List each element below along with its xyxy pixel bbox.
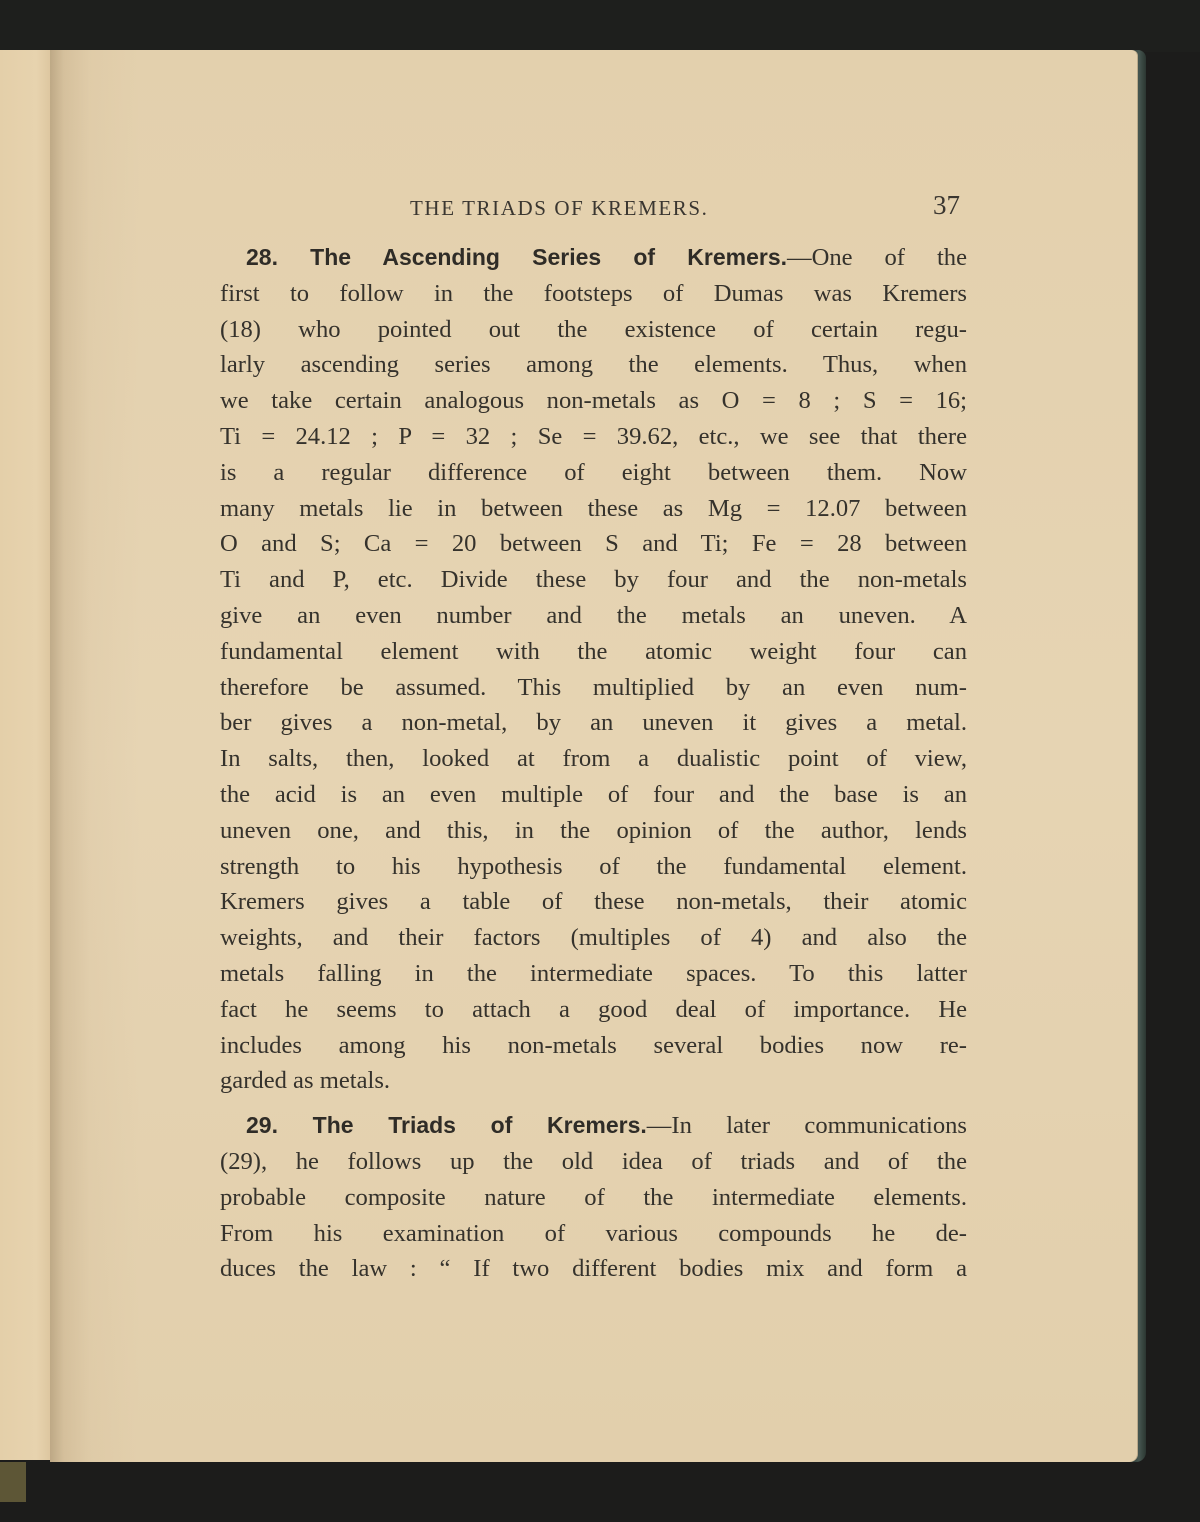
text-line: includes among his non-metals several bo… xyxy=(220,1028,967,1064)
text-line: metals falling in the intermediate space… xyxy=(220,956,967,992)
text-line: weights, and their factors (multiples of… xyxy=(220,920,967,956)
text-line: (18) who pointed out the existence of ce… xyxy=(220,312,967,348)
text-line: give an even number and the metals an un… xyxy=(220,598,967,634)
text-line: probable composite nature of the interme… xyxy=(220,1180,967,1216)
text-line: Ti and P, etc. Divide these by four and … xyxy=(220,562,967,598)
text-line: (29), he follows up the old idea of tria… xyxy=(220,1144,967,1180)
text-line: 28. The Ascending Series of Kremers.—One… xyxy=(220,240,967,276)
text-line: From his examination of various compound… xyxy=(220,1216,967,1252)
text-line: strength to his hypothesis of the fundam… xyxy=(220,849,967,885)
text-line: fact he seems to attach a good deal of i… xyxy=(220,992,967,1028)
text-line: duces the law : “ If two different bodie… xyxy=(220,1251,967,1287)
text-line: the acid is an even multiple of four and… xyxy=(220,777,967,813)
text-line: uneven one, and this, in the opinion of … xyxy=(220,813,967,849)
text-line: Kremers gives a table of these non-metal… xyxy=(220,884,967,920)
text-line: O and S; Ca = 20 between S and Ti; Fe = … xyxy=(220,526,967,562)
text-run: —One of the xyxy=(787,244,967,271)
text-line: is a regular difference of eight between… xyxy=(220,455,967,491)
scan-background xyxy=(0,0,1200,52)
section-29: 29. The Triads of Kremers.—In later comm… xyxy=(220,1108,967,1287)
text-run: —In later communications xyxy=(647,1112,967,1139)
text-line: fundamental element with the atomic weig… xyxy=(220,634,967,670)
section-heading: 29. The Triads of Kremers. xyxy=(246,1112,647,1138)
section-heading: 28. The Ascending Series of Kremers. xyxy=(246,244,787,270)
text-line: 29. The Triads of Kremers.—In later comm… xyxy=(220,1108,967,1144)
facing-page-edge xyxy=(0,50,52,1460)
running-title: THE TRIADS OF KREMERS. xyxy=(410,196,709,221)
text-line: we take certain analogous non-metals as … xyxy=(220,383,967,419)
running-head: THE TRIADS OF KREMERS. 37 xyxy=(410,190,960,224)
text-line: garded as metals. xyxy=(220,1063,967,1099)
section-28: 28. The Ascending Series of Kremers.—One… xyxy=(220,240,967,1099)
text-line: many metals lie in between these as Mg =… xyxy=(220,491,967,527)
text-line: first to follow in the footsteps of Duma… xyxy=(220,276,967,312)
text-line: Ti = 24.12 ; P = 32 ; Se = 39.62, etc., … xyxy=(220,419,967,455)
page-number: 37 xyxy=(933,190,960,221)
text-line: larly ascending series among the element… xyxy=(220,347,967,383)
page-body: 28. The Ascending Series of Kremers.—One… xyxy=(220,240,967,1287)
text-line: In salts, then, looked at from a dualist… xyxy=(220,741,967,777)
text-line: ber gives a non-metal, by an uneven it g… xyxy=(220,705,967,741)
text-line: therefore be assumed. This multiplied by… xyxy=(220,670,967,706)
book-cover-corner xyxy=(0,1462,26,1502)
